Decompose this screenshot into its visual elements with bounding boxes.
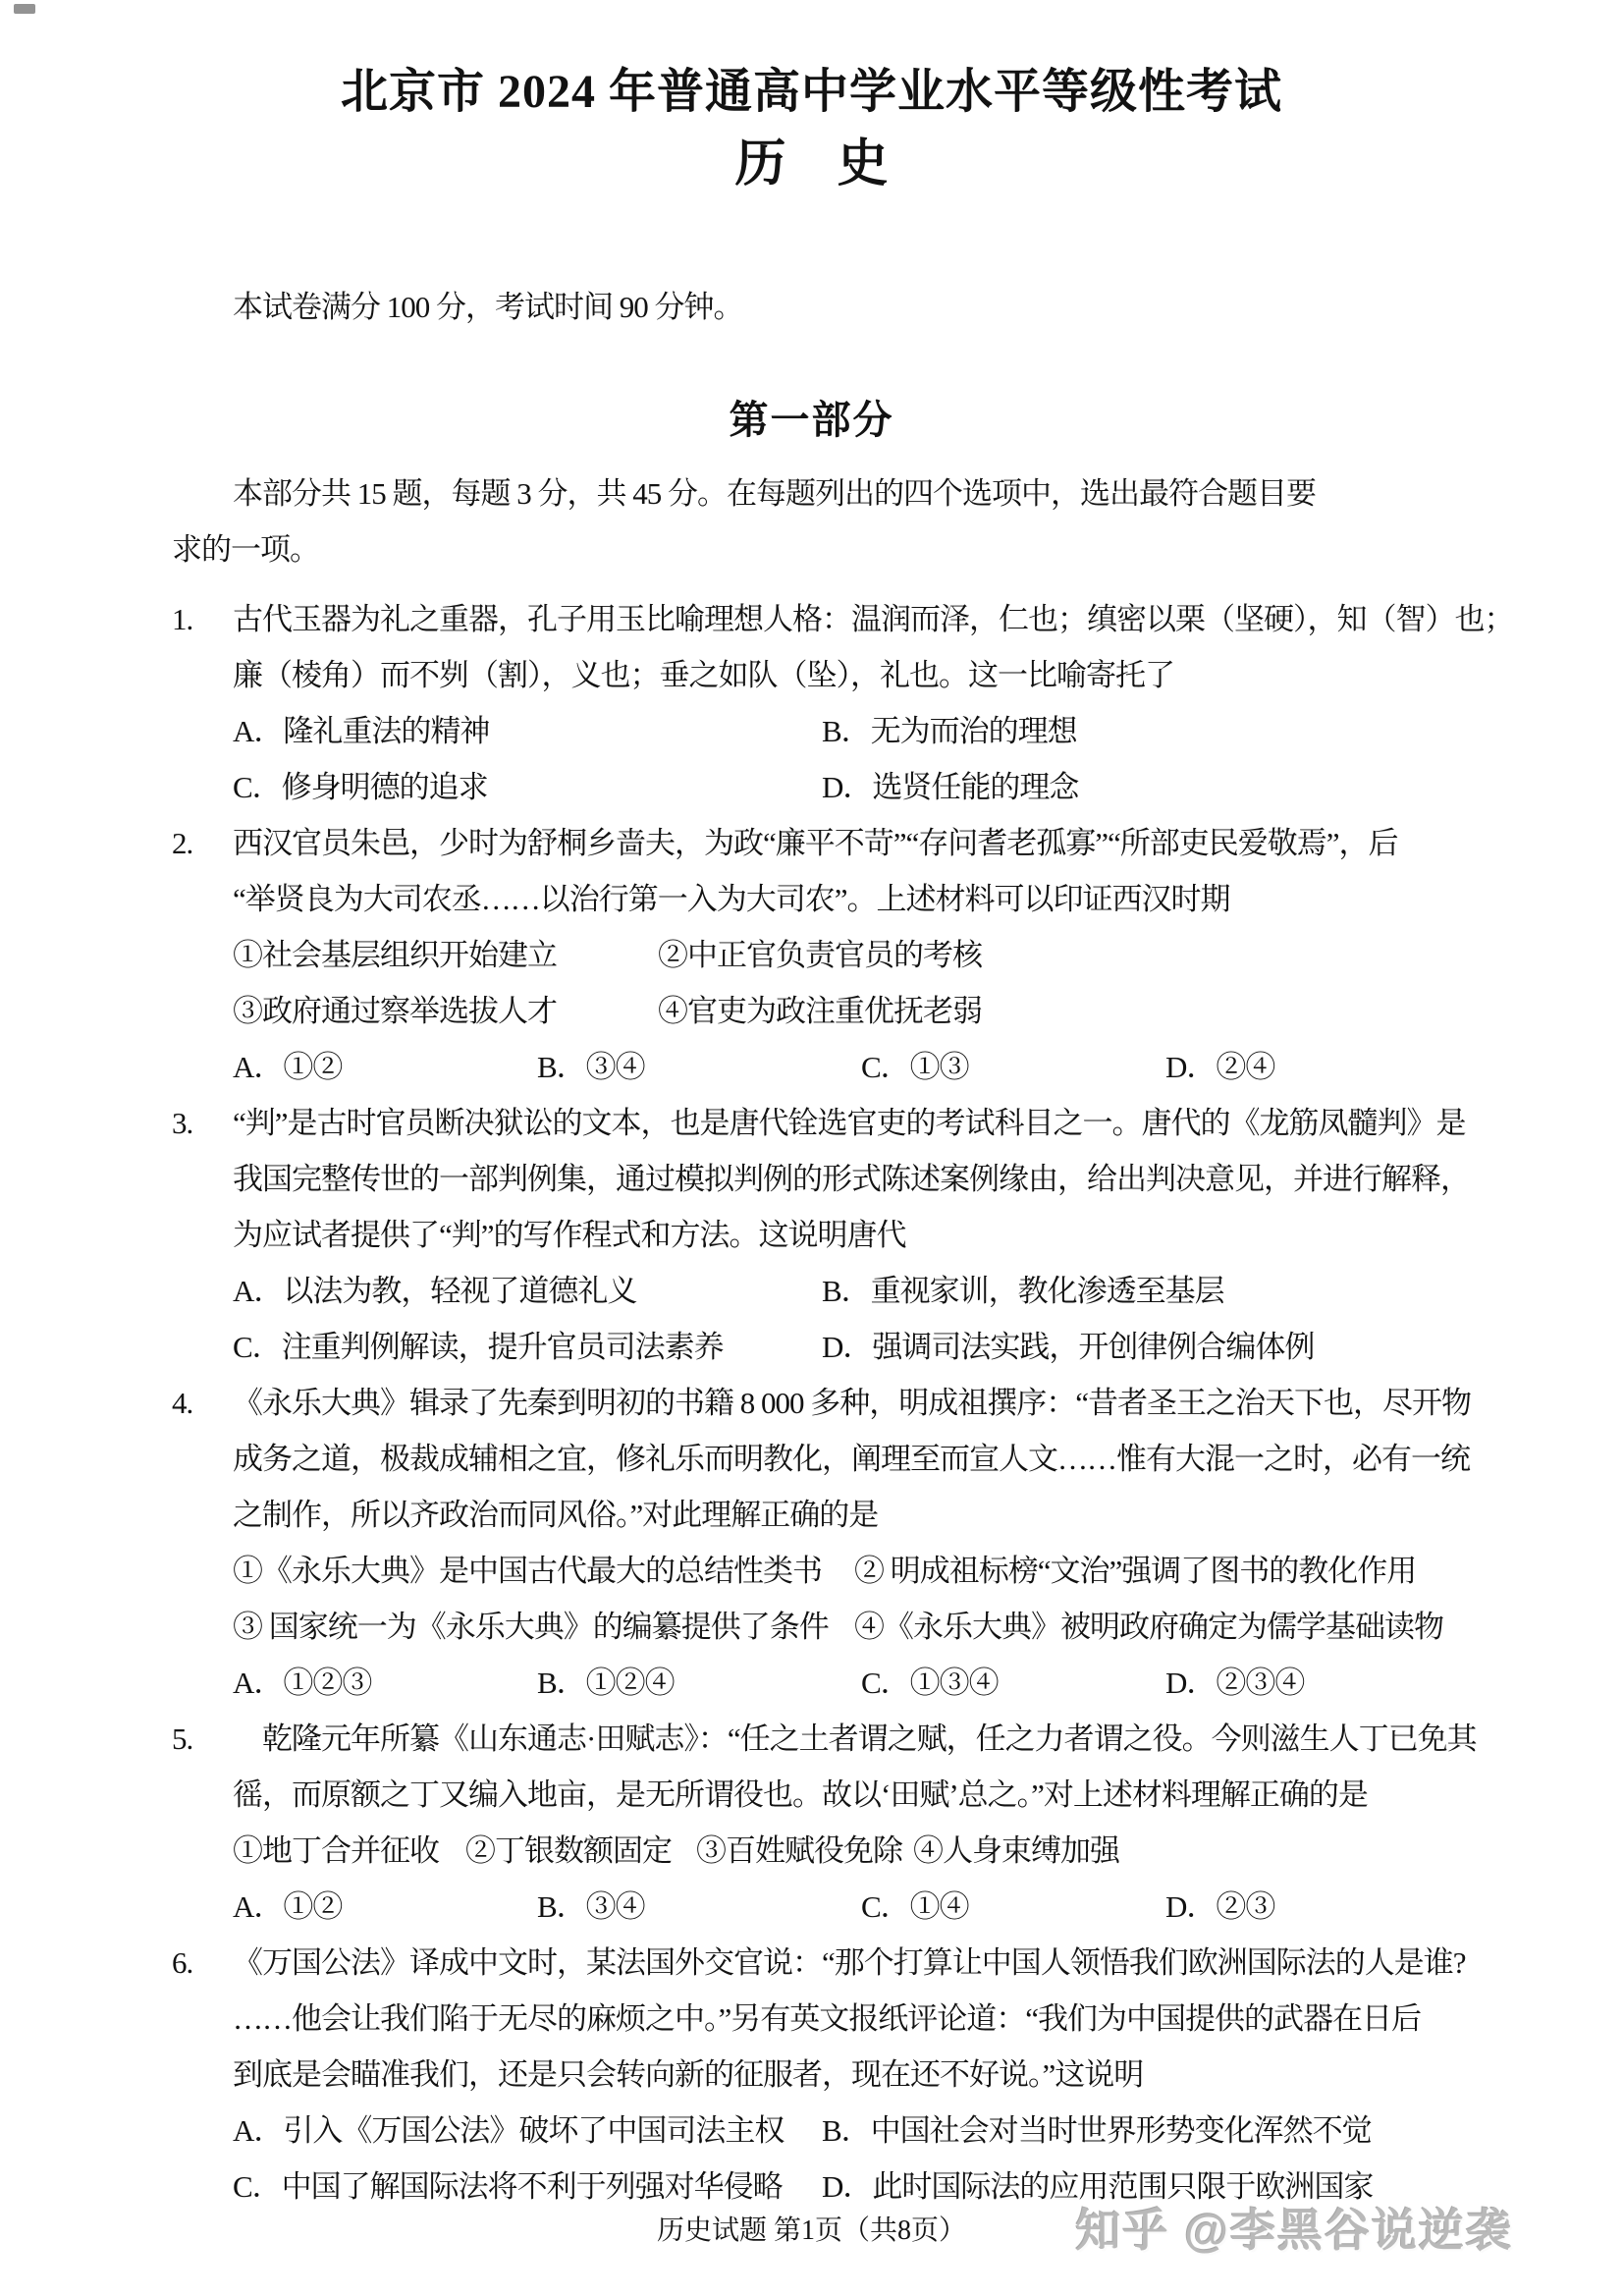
sub-option-item: ④人身束缚加强: [913, 1823, 1541, 1879]
section-intro: 本部分共 15 题，每题 3 分，共 45 分。在每题列出的四个选项中，选出最符…: [172, 465, 1525, 577]
option-item: C．中国了解国际法将不利于列强对华侵略: [233, 2159, 822, 2214]
option-item: D．选贤任能的理念: [822, 759, 1541, 815]
question-stem-line: 古代玉器为礼之重器，孔子用玉比喻理想人格：温润而泽，仁也；缜密以栗（坚硬），知（…: [233, 591, 1541, 647]
question-number: 4.: [172, 1375, 233, 1711]
question-stem-line: 成务之道，极裁成辅相之宜，修礼乐而明教化，阐理至而宣人文……惟有大混一之时，必有…: [233, 1431, 1541, 1487]
watermark-text: 知乎 @李黑谷说逆袭: [1075, 2208, 1513, 2253]
sub-option-item: ③政府通过察举选拔人才: [233, 983, 658, 1039]
option-row: ①地丁合并征收②丁银数额固定③百姓赋役免除④人身束缚加强: [233, 1823, 1541, 1879]
question-stem-line: “举贤良为大司农丞……以治行第一入为大司农”。上述材料可以印证西汉时期: [233, 871, 1541, 927]
option-row: ①《永乐大典》是中国古代最大的总结性类书② 明成祖标榜“文治”强调了图书的教化作…: [233, 1543, 1541, 1599]
question: 4.《永乐大典》辑录了先秦到明初的书籍 8 000 多种，明成祖撰序：“昔者圣王…: [172, 1375, 1541, 1711]
option-item: A．以法为教，轻视了道德礼义: [233, 1263, 822, 1319]
option-row: A．隆礼重法的精神B．无为而治的理想: [233, 703, 1541, 759]
question-stem-line: 《万国公法》译成中文时，某法国外交官说：“那个打算让中国人领悟我们欧洲国际法的人…: [233, 1935, 1541, 1991]
question-body: 《万国公法》译成中文时，某法国外交官说：“那个打算让中国人领悟我们欧洲国际法的人…: [233, 1935, 1541, 2214]
option-item: D．②④: [1165, 1039, 1541, 1095]
question-stem-line: 之制作，所以齐政治而同风俗。”对此理解正确的是: [233, 1487, 1541, 1543]
option-item: B．③④: [537, 1879, 861, 1935]
option-row: ③政府通过察举选拔人才④官吏为政注重优抚老弱: [233, 983, 1541, 1039]
question-stem-line: “判”是古时官员断决狱讼的文本，也是唐代铨选官吏的考试科目之一。唐代的《龙筋凤髓…: [233, 1095, 1541, 1151]
question-number: 1.: [172, 591, 233, 815]
question: 2.西汉官员朱邑，少时为舒桐乡啬夫，为政“廉平不苛”“存问耆老孤寡”“所部吏民爱…: [172, 815, 1541, 1095]
option-row: A．以法为教，轻视了道德礼义B．重视家训，教化渗透至基层: [233, 1263, 1541, 1319]
option-item: C．①③④: [861, 1655, 1165, 1711]
option-item: B．重视家训，教化渗透至基层: [822, 1263, 1541, 1319]
exam-subject: 历 史: [0, 139, 1623, 191]
option-row: A．①②B．③④C．①③D．②④: [233, 1039, 1541, 1095]
option-item: B．无为而治的理想: [822, 703, 1541, 759]
question-body: 乾隆元年所纂《山东通志·田赋志》：“任之土者谓之赋，任之力者谓之役。今则滋生人丁…: [233, 1711, 1541, 1935]
question-number: 6.: [172, 1935, 233, 2214]
sub-option-item: ①《永乐大典》是中国古代最大的总结性类书: [233, 1543, 854, 1599]
option-item: D．②③: [1165, 1879, 1541, 1935]
question-body: 西汉官员朱邑，少时为舒桐乡啬夫，为政“廉平不苛”“存问耆老孤寡”“所部吏民爱敬焉…: [233, 815, 1541, 1095]
option-row: A．①②③B．①②④C．①③④D．②③④: [233, 1655, 1541, 1711]
question-stem-line: 我国完整传世的一部判例集，通过模拟判例的形式陈述案例缘由，给出判决意见，并进行解…: [233, 1151, 1541, 1207]
sub-option-item: ④《永乐大典》被明政府确定为儒学基础读物: [854, 1599, 1541, 1655]
exam-note: 本试卷满分 100 分，考试时间 90 分钟。: [233, 291, 1623, 324]
option-row: C．注重判例解读，提升官员司法素养D．强调司法实践，开创律例合编体例: [233, 1319, 1541, 1375]
question-body: “判”是古时官员断决狱讼的文本，也是唐代铨选官吏的考试科目之一。唐代的《龙筋凤髓…: [233, 1095, 1541, 1375]
question-stem-line: 到底是会瞄准我们，还是只会转向新的征服者，现在还不好说。”这说明: [233, 2047, 1541, 2103]
option-item: B．中国社会对当时世界形势变化浑然不觉: [822, 2103, 1541, 2159]
option-row: A．①②B．③④C．①④D．②③: [233, 1879, 1541, 1935]
option-row: C．修身明德的追求D．选贤任能的理念: [233, 759, 1541, 815]
option-row: ①社会基层组织开始建立②中正官负责官员的考核: [233, 927, 1541, 983]
exam-paper-page: 北京市 2024 年普通高中学业水平等级性考试 历 史 本试卷满分 100 分，…: [0, 0, 1623, 2296]
option-item: D．强调司法实践，开创律例合编体例: [822, 1319, 1541, 1375]
question-stem-line: 《永乐大典》辑录了先秦到明初的书籍 8 000 多种，明成祖撰序：“昔者圣王之治…: [233, 1375, 1541, 1431]
question-stem-line: 乾隆元年所纂《山东通志·田赋志》：“任之土者谓之赋，任之力者谓之役。今则滋生人丁…: [233, 1711, 1541, 1767]
option-item: A．①②③: [233, 1655, 537, 1711]
option-item: C．修身明德的追求: [233, 759, 822, 815]
option-item: B．①②④: [537, 1655, 861, 1711]
sub-option-item: ③ 国家统一为《永乐大典》的编纂提供了条件: [233, 1599, 854, 1655]
sub-option-item: ④官吏为政注重优抚老弱: [658, 983, 1541, 1039]
sub-option-item: ①社会基层组织开始建立: [233, 927, 658, 983]
question: 3.“判”是古时官员断决狱讼的文本，也是唐代铨选官吏的考试科目之一。唐代的《龙筋…: [172, 1095, 1541, 1375]
question-stem-line: 廉（棱角）而不刿（割），义也；垂之如队（坠），礼也。这一比喻寄托了: [233, 647, 1541, 703]
question-body: 《永乐大典》辑录了先秦到明初的书籍 8 000 多种，明成祖撰序：“昔者圣王之治…: [233, 1375, 1541, 1711]
section-heading: 第一部分: [0, 401, 1623, 440]
question-number: 5.: [172, 1711, 233, 1935]
option-item: A．①②: [233, 1879, 537, 1935]
scan-artifact-mark: [14, 4, 35, 14]
question: 6.《万国公法》译成中文时，某法国外交官说：“那个打算让中国人领悟我们欧洲国际法…: [172, 1935, 1541, 2214]
question-stem-line: 为应试者提供了“判”的写作程式和方法。这说明唐代: [233, 1207, 1541, 1263]
question-stem-line: 西汉官员朱邑，少时为舒桐乡啬夫，为政“廉平不苛”“存问耆老孤寡”“所部吏民爱敬焉…: [233, 815, 1541, 871]
sub-option-item: ②丁银数额固定: [465, 1823, 696, 1879]
question: 5. 乾隆元年所纂《山东通志·田赋志》：“任之土者谓之赋，任之力者谓之役。今则滋…: [172, 1711, 1541, 1935]
sub-option-item: ②中正官负责官员的考核: [658, 927, 1541, 983]
sub-option-item: ①地丁合并征收: [233, 1823, 465, 1879]
option-item: A．引入《万国公法》破坏了中国司法主权: [233, 2103, 822, 2159]
option-row: A．引入《万国公法》破坏了中国司法主权B．中国社会对当时世界形势变化浑然不觉: [233, 2103, 1541, 2159]
question-body: 古代玉器为礼之重器，孔子用玉比喻理想人格：温润而泽，仁也；缜密以栗（坚硬），知（…: [233, 591, 1541, 815]
sub-option-item: ② 明成祖标榜“文治”强调了图书的教化作用: [854, 1543, 1541, 1599]
exam-title: 北京市 2024 年普通高中学业水平等级性考试: [0, 0, 1623, 116]
option-row: ③ 国家统一为《永乐大典》的编纂提供了条件④《永乐大典》被明政府确定为儒学基础读…: [233, 1599, 1541, 1655]
option-item: B．③④: [537, 1039, 861, 1095]
section-intro-line: 本部分共 15 题，每题 3 分，共 45 分。在每题列出的四个选项中，选出最符…: [172, 465, 1525, 521]
option-item: C．①③: [861, 1039, 1165, 1095]
option-item: A．隆礼重法的精神: [233, 703, 822, 759]
questions-list: 1.古代玉器为礼之重器，孔子用玉比喻理想人格：温润而泽，仁也；缜密以栗（坚硬），…: [172, 591, 1541, 2214]
option-item: C．注重判例解读，提升官员司法素养: [233, 1319, 822, 1375]
section-intro-line: 求的一项。: [172, 521, 1525, 577]
question-stem-line: ……他会让我们陷于无尽的麻烦之中。”另有英文报纸评论道：“我们为中国提供的武器在…: [233, 1991, 1541, 2047]
option-item: C．①④: [861, 1879, 1165, 1935]
sub-option-item: ③百姓赋役免除: [696, 1823, 913, 1879]
question-number: 2.: [172, 815, 233, 1095]
question: 1.古代玉器为礼之重器，孔子用玉比喻理想人格：温润而泽，仁也；缜密以栗（坚硬），…: [172, 591, 1541, 815]
question-number: 3.: [172, 1095, 233, 1375]
option-item: D．②③④: [1165, 1655, 1541, 1711]
option-item: A．①②: [233, 1039, 537, 1095]
question-stem-line: 徭，而原额之丁又编入地亩，是无所谓役也。故以‘田赋’总之。”对上述材料理解正确的…: [233, 1767, 1541, 1823]
